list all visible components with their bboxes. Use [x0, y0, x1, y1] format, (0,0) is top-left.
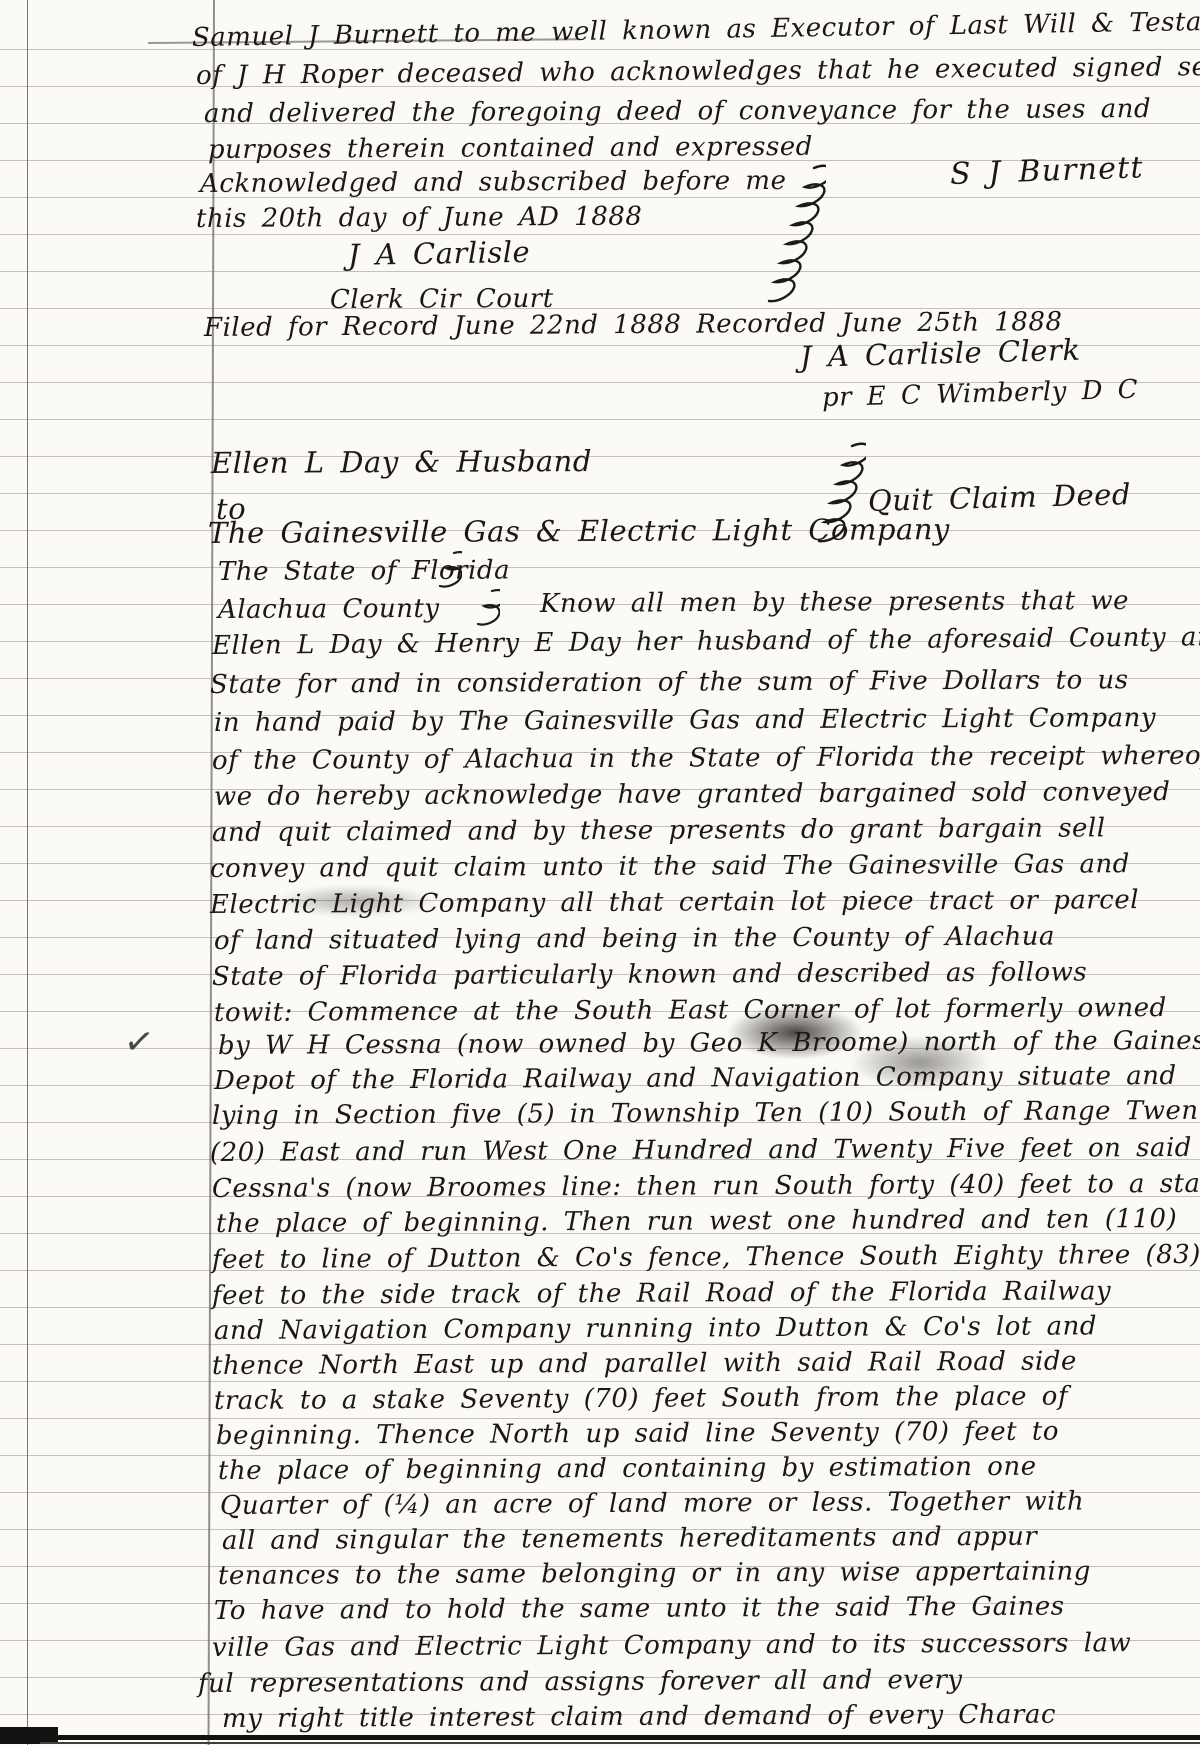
handwritten-line: lying in Section five (5) in Township Te…	[212, 1097, 1200, 1131]
handwritten-line: beginning. Thence North up said line Sev…	[216, 1418, 1059, 1451]
county-caption: Alachua County	[218, 595, 440, 625]
handwritten-line: purposes therein contained and expressed	[208, 133, 813, 165]
handwritten-line: Know all men by these presents that we	[540, 587, 1129, 619]
handwritten-line: and delivered the foregoing deed of conv…	[204, 95, 1151, 129]
handwritten-line: Electric Light Company all that certain …	[210, 886, 1139, 919]
scanned-deed-page: Samuel J Burnett to me well known as Exe…	[0, 0, 1200, 1745]
handwritten-line: State for and in consideration of the su…	[210, 666, 1129, 699]
handwritten-line: Ellen L Day & Henry E Day her husband of…	[212, 623, 1200, 660]
handwritten-line: ful representations and assigns forever …	[198, 1666, 963, 1699]
handwritten-line: and Navigation Company running into Dutt…	[214, 1312, 1097, 1345]
handwritten-line: To have and to hold the same unto it the…	[214, 1593, 1065, 1626]
instrument-label: Quit Claim Deed	[868, 479, 1132, 518]
handwritten-line: ville Gas and Electric Light Company and…	[212, 1629, 1131, 1662]
handwritten-line: thence North East up and parallel with s…	[212, 1347, 1077, 1380]
small-brace	[424, 548, 462, 600]
signature-s-j-burnett: S J Burnett	[949, 151, 1144, 191]
handwritten-line: of land situated lying and being in the …	[214, 923, 1055, 956]
handwritten-line: the place of beginning and containing by…	[218, 1453, 1037, 1486]
handwritten-line: in hand paid by The Gainesville Gas and …	[214, 704, 1156, 738]
filing-clerk-signature: J A Carlisle Clerk	[800, 335, 1081, 374]
state-caption: The State of Florida	[218, 556, 510, 586]
handwritten-line: this 20th day of June AD 1888	[196, 203, 643, 234]
handwritten-line: of the County of Alachua in the State of…	[212, 742, 1200, 776]
brace-coil	[766, 162, 826, 316]
handwritten-line: State of Florida particularly known and …	[212, 958, 1087, 991]
handwritten-line: tenances to the same belonging or in any…	[218, 1557, 1091, 1590]
handwritten-line: of J H Roper deceased who acknowledges t…	[196, 53, 1200, 91]
grantor-heading: Ellen L Day & Husband	[211, 446, 592, 480]
handwritten-line: we do hereby acknowledge have granted ba…	[214, 778, 1170, 812]
filing-deputy-signature: pr E C Wimberly D C	[822, 376, 1139, 413]
handwritten-line: Acknowledged and subscribed before me	[200, 167, 787, 199]
margin-checkmark: ✓	[121, 1020, 157, 1065]
signature-j-a-carlisle: J A Carlisle	[348, 237, 531, 272]
handwritten-line: all and singular the tenements hereditam…	[222, 1523, 1037, 1556]
handwritten-line: feet to line of Dutton & Co's fence, The…	[212, 1241, 1200, 1275]
handwritten-line: towit: Commence at the South East Corner…	[214, 994, 1167, 1028]
handwritten-line: feet to the side track of the Rail Road …	[212, 1277, 1111, 1310]
handwritten-line: Cessna's (now Broomes line: then run Sou…	[212, 1170, 1200, 1204]
handwritten-line: convey and quit claim unto it the said T…	[210, 850, 1130, 883]
handwritten-line: track to a stake Seventy (70) feet South…	[214, 1383, 1068, 1416]
handwritten-line: by W H Cessna (now owned by Geo K Broome…	[218, 1027, 1200, 1061]
handwritten-line: Quarter of (¼) an acre of land more or l…	[220, 1487, 1084, 1520]
handwritten-line: my right title interest claim and demand…	[222, 1701, 1056, 1734]
handwritten-line: Samuel J Burnett to me well known as Exe…	[192, 7, 1200, 53]
brace-coil	[802, 440, 866, 554]
page-edge-line	[27, 0, 28, 1745]
handwritten-line: and quit claimed and by these presents d…	[212, 814, 1106, 847]
handwritten-line: Depot of the Florida Railway and Navigat…	[214, 1062, 1177, 1096]
handwritten-line: (20) East and run West One Hundred and T…	[210, 1134, 1192, 1168]
handwritten-line: the place of beginning. Then run west on…	[216, 1205, 1177, 1239]
scan-edge-bar	[40, 1735, 1200, 1740]
scan-edge-line	[40, 1742, 1200, 1744]
